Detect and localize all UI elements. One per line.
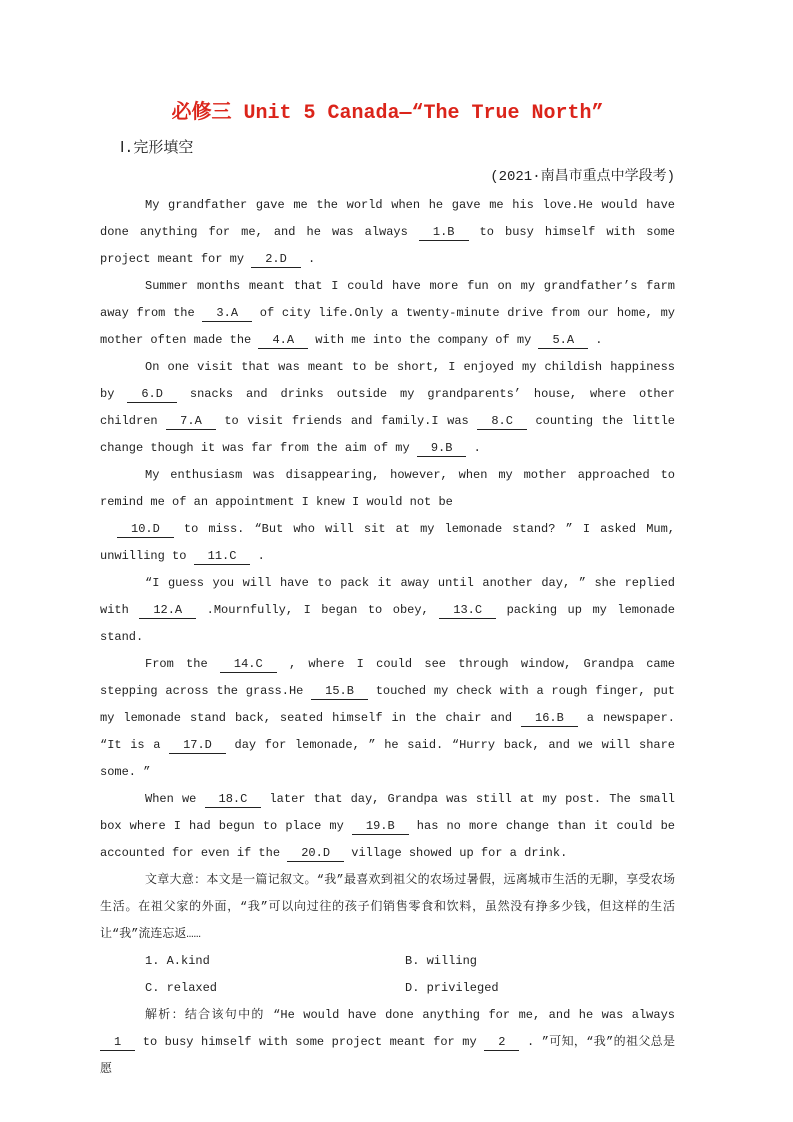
text-run: . [588,333,602,347]
answer-blank: 7.A [166,413,216,430]
answer-blank: 11.C [194,548,251,565]
paragraph: On one visit that was meant to be short,… [100,354,675,462]
answer-blank: 2 [484,1034,519,1051]
exam-source: (2021·南昌市重点中学段考) [100,168,675,186]
answer-blank: 19.B [352,818,409,835]
question-1-options: 1. A.kindB. willingC. relaxedD. privileg… [100,948,675,1002]
text-run: with me into the company of my [308,333,538,347]
passage-summary: 文章大意：本文是一篇记叙文。“我”最喜欢到祖父的农场过暑假，远离城市生活的无聊，… [100,867,675,948]
paragraph: When we 18.C later that day, Grandpa was… [100,786,675,867]
option-cell: B. willing [405,948,675,975]
paragraph: Summer months meant that I could have mo… [100,273,675,354]
answer-blank: 6.D [127,386,177,403]
text-run: From the [145,657,220,671]
answer-blank: 14.C [220,656,277,673]
option-cell: 1. A.kind [145,948,405,975]
answer-blank: 9.B [417,440,467,457]
option-row: 1. A.kindB. willing [145,948,675,975]
text-run: . [250,549,264,563]
text-run: to miss. “But who will sit at my lemonad… [100,522,675,563]
answer-blank: 20.D [287,845,344,862]
option-row: C. relaxedD. privileged [145,975,675,1002]
answer-blank: 16.B [521,710,578,727]
paragraph: 文章大意：本文是一篇记叙文。“我”最喜欢到祖父的农场过暑假，远离城市生活的无聊，… [100,867,675,948]
text-run: .Mournfully, I began to obey, [196,603,439,617]
answer-blank: 10.D [117,521,174,538]
option-cell: C. relaxed [145,975,405,1002]
text-run: . [301,252,315,266]
paragraph: My grandfather gave me the world when he… [100,192,675,273]
answer-blank: 4.A [258,332,308,349]
text-run: to busy himself with some project meant … [135,1035,484,1049]
option-cell: D. privileged [405,975,675,1002]
text-run: When we [145,792,205,806]
paragraph: 解析：结合该句中的 “He would have done anything f… [100,1002,675,1083]
text-run: village showed up for a drink. [344,846,567,860]
answer-blank: 12.A [139,602,196,619]
page-title: 必修三 Unit 5 Canada—“The True North” [100,102,675,126]
answer-blank: 17.D [169,737,226,754]
section-label: Ⅰ.完形填空 [100,140,675,158]
answer-analysis: 解析：结合该句中的 “He would have done anything f… [100,1002,675,1083]
paragraph: 10.D to miss. “But who will sit at my le… [100,516,675,570]
text-run: 文章大意：本文是一篇记叙文。“我”最喜欢到祖父的农场过暑假，远离城市生活的无聊，… [100,873,675,941]
cloze-passage: My grandfather gave me the world when he… [100,192,675,867]
paragraph: From the 14.C , where I could see throug… [100,651,675,786]
document-page: 必修三 Unit 5 Canada—“The True North” Ⅰ.完形填… [0,0,793,1122]
text-run: 解析：结合该句中的 “He would have done anything f… [145,1008,675,1022]
paragraph: My enthusiasm was disappearing, however,… [100,462,675,516]
answer-blank: 1 [100,1034,135,1051]
text-run: My enthusiasm was disappearing, however,… [100,468,675,509]
answer-blank: 15.B [311,683,368,700]
answer-blank: 2.D [251,251,301,268]
answer-blank: 13.C [439,602,496,619]
answer-blank: 3.A [202,305,252,322]
answer-blank: 1.B [419,224,469,241]
text-run: to visit friends and family.I was [216,414,478,428]
answer-blank: 5.A [538,332,588,349]
paragraph: “I guess you will have to pack it away u… [100,570,675,651]
text-run: . [466,441,480,455]
answer-blank: 8.C [477,413,527,430]
answer-blank: 18.C [205,791,262,808]
